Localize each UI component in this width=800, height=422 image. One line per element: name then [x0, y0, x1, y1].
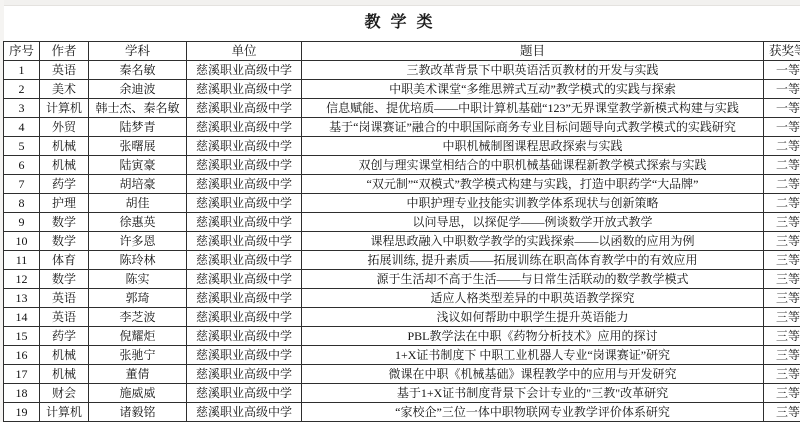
cell-title: 中职机械制图课程思政探索与实践 [302, 137, 764, 156]
cell-unit: 慈溪职业高级中学 [187, 365, 302, 384]
cell-award-level: 三等奖 [764, 403, 800, 422]
cell-unit: 慈溪职业高级中学 [187, 194, 302, 213]
cell-author: 计算机 [40, 99, 89, 118]
cell-author: 机械 [40, 137, 89, 156]
cell-author: 英语 [40, 61, 89, 80]
cell-subject: 倪耀炬 [89, 327, 187, 346]
cell-no: 7 [4, 175, 40, 194]
page-edge-top [0, 0, 800, 6]
cell-title: “家校企”三位一体中职物联网专业教学评价体系研究 [302, 403, 764, 422]
awards-table: 序号作者学科单位题目获奖等级 1英语秦名敏慈溪职业高级中学三教改革背景下中职英语… [3, 41, 800, 422]
cell-award-level: 三等奖 [764, 232, 800, 251]
cell-no: 6 [4, 156, 40, 175]
cell-subject: 秦名敏 [89, 61, 187, 80]
cell-title: 源于生活却不高于生活——与日常生活联动的数学教学模式 [302, 270, 764, 289]
column-header-title: 题目 [302, 42, 764, 61]
cell-title: 三教改革背景下中职英语活页教材的开发与实践 [302, 61, 764, 80]
cell-award-level: 三等奖 [764, 270, 800, 289]
cell-subject: 胡佳 [89, 194, 187, 213]
cell-no: 12 [4, 270, 40, 289]
cell-no: 14 [4, 308, 40, 327]
cell-no: 10 [4, 232, 40, 251]
cell-award-level: 三等奖 [764, 346, 800, 365]
cell-award-level: 二等奖 [764, 156, 800, 175]
table-row: 2美术余迪波慈溪职业高级中学中职美术课堂“多维思辨式互动”教学模式的实践与探索一… [4, 80, 800, 99]
cell-subject: 韩士杰、秦名敏 [89, 99, 187, 118]
cell-unit: 慈溪职业高级中学 [187, 346, 302, 365]
cell-author: 英语 [40, 289, 89, 308]
cell-award-level: 三等奖 [764, 251, 800, 270]
cell-award-level: 三等奖 [764, 289, 800, 308]
cell-award-level: 二等奖 [764, 175, 800, 194]
table-row: 8护理胡佳慈溪职业高级中学中职护理专业技能实训教学体系现状与创新策略二等奖 [4, 194, 800, 213]
cell-no: 8 [4, 194, 40, 213]
cell-author: 机械 [40, 346, 89, 365]
cell-title: 基于1+X证书制度背景下会计专业的"三教"改革研究 [302, 384, 764, 403]
cell-subject: 张驰宁 [89, 346, 187, 365]
cell-title: PBL教学法在中职《药物分析技术》应用的探讨 [302, 327, 764, 346]
cell-award-level: 一等奖 [764, 61, 800, 80]
cell-unit: 慈溪职业高级中学 [187, 80, 302, 99]
cell-subject: 郭琦 [89, 289, 187, 308]
column-header-unit: 单位 [187, 42, 302, 61]
cell-award-level: 三等奖 [764, 327, 800, 346]
table-row: 17机械董倩慈溪职业高级中学微课在中职《机械基础》课程教学中的应用与开发研究三等… [4, 365, 800, 384]
table-row: 18财会施威威慈溪职业高级中学基于1+X证书制度背景下会计专业的"三教"改革研究… [4, 384, 800, 403]
cell-award-level: 三等奖 [764, 384, 800, 403]
cell-author: 数学 [40, 270, 89, 289]
cell-subject: 陆寅豪 [89, 156, 187, 175]
cell-no: 9 [4, 213, 40, 232]
cell-no: 11 [4, 251, 40, 270]
cell-no: 3 [4, 99, 40, 118]
table-row: 13英语郭琦慈溪职业高级中学适应人格类型差异的中职英语教学探究三等奖 [4, 289, 800, 308]
cell-no: 16 [4, 346, 40, 365]
cell-no: 18 [4, 384, 40, 403]
table-row: 4外贸陆梦青慈溪职业高级中学基于“岗课赛证”融合的中职国际商务专业目标问题导向式… [4, 118, 800, 137]
cell-title: 浅议如何帮助中职学生提升英语能力 [302, 308, 764, 327]
table-row: 7药学胡培豪慈溪职业高级中学“双元制”“双模式”教学模式构建与实践，打造中职药学… [4, 175, 800, 194]
cell-subject: 余迪波 [89, 80, 187, 99]
table-header-row: 序号作者学科单位题目获奖等级 [4, 42, 800, 61]
cell-author: 机械 [40, 156, 89, 175]
table-body: 1英语秦名敏慈溪职业高级中学三教改革背景下中职英语活页教材的开发与实践一等奖2美… [4, 61, 800, 422]
cell-author: 护理 [40, 194, 89, 213]
cell-unit: 慈溪职业高级中学 [187, 99, 302, 118]
cell-subject: 许多恩 [89, 232, 187, 251]
cell-subject: 陆梦青 [89, 118, 187, 137]
cell-subject: 诸毅铭 [89, 403, 187, 422]
column-header-award-level: 获奖等级 [764, 42, 800, 61]
cell-no: 13 [4, 289, 40, 308]
cell-title: 信息赋能、提优培质——中职计算机基础“123”无界课堂教学新模式构建与实践 [302, 99, 764, 118]
cell-subject: 陈玲林 [89, 251, 187, 270]
cell-no: 4 [4, 118, 40, 137]
cell-subject: 施威威 [89, 384, 187, 403]
document-page: 教 学 类 序号作者学科单位题目获奖等级 1英语秦名敏慈溪职业高级中学三教改革背… [0, 0, 800, 422]
cell-award-level: 二等奖 [764, 194, 800, 213]
cell-author: 药学 [40, 327, 89, 346]
cell-unit: 慈溪职业高级中学 [187, 270, 302, 289]
cell-author: 体育 [40, 251, 89, 270]
table-row: 10数学许多恩慈溪职业高级中学课程思政融入中职数学教学的实践探索——以函数的应用… [4, 232, 800, 251]
cell-subject: 徐惠英 [89, 213, 187, 232]
table-row: 19计算机诸毅铭慈溪职业高级中学“家校企”三位一体中职物联网专业教学评价体系研究… [4, 403, 800, 422]
cell-author: 外贸 [40, 118, 89, 137]
cell-title: 中职护理专业技能实训教学体系现状与创新策略 [302, 194, 764, 213]
column-header-subject: 学科 [89, 42, 187, 61]
cell-author: 数学 [40, 213, 89, 232]
cell-award-level: 一等奖 [764, 118, 800, 137]
cell-unit: 慈溪职业高级中学 [187, 308, 302, 327]
cell-author: 财会 [40, 384, 89, 403]
cell-award-level: 三等奖 [764, 365, 800, 384]
column-header-no: 序号 [4, 42, 40, 61]
cell-subject: 张曙展 [89, 137, 187, 156]
cell-unit: 慈溪职业高级中学 [187, 289, 302, 308]
cell-award-level: 三等奖 [764, 213, 800, 232]
cell-unit: 慈溪职业高级中学 [187, 156, 302, 175]
table-head: 序号作者学科单位题目获奖等级 [4, 42, 800, 61]
cell-title: 中职美术课堂“多维思辨式互动”教学模式的实践与探索 [302, 80, 764, 99]
cell-no: 17 [4, 365, 40, 384]
table-row: 11体育陈玲林慈溪职业高级中学拓展训练, 提升素质——拓展训练在职高体育教学中的… [4, 251, 800, 270]
cell-subject: 陈实 [89, 270, 187, 289]
cell-subject: 董倩 [89, 365, 187, 384]
cell-title: 双创与理实课堂相结合的中职机械基础课程新教学模式探索与实践 [302, 156, 764, 175]
cell-award-level: 一等奖 [764, 80, 800, 99]
table-row: 1英语秦名敏慈溪职业高级中学三教改革背景下中职英语活页教材的开发与实践一等奖 [4, 61, 800, 80]
column-header-author: 作者 [40, 42, 89, 61]
cell-unit: 慈溪职业高级中学 [187, 251, 302, 270]
cell-no: 19 [4, 403, 40, 422]
table-row: 16机械张驰宁慈溪职业高级中学1+X证书制度下 中职工业机器人专业“岗课赛证”研… [4, 346, 800, 365]
table-row: 9数学徐惠英慈溪职业高级中学以问导思，以探促学——例谈数学开放式教学三等奖 [4, 213, 800, 232]
cell-title: 以问导思，以探促学——例谈数学开放式教学 [302, 213, 764, 232]
cell-author: 机械 [40, 365, 89, 384]
table-row: 14英语李芝波慈溪职业高级中学浅议如何帮助中职学生提升英语能力三等奖 [4, 308, 800, 327]
cell-title: “双元制”“双模式”教学模式构建与实践，打造中职药学“大品牌” [302, 175, 764, 194]
cell-subject: 胡培豪 [89, 175, 187, 194]
cell-subject: 李芝波 [89, 308, 187, 327]
page-title: 教 学 类 [0, 9, 800, 32]
cell-title: 适应人格类型差异的中职英语教学探究 [302, 289, 764, 308]
cell-author: 英语 [40, 308, 89, 327]
cell-author: 药学 [40, 175, 89, 194]
cell-unit: 慈溪职业高级中学 [187, 61, 302, 80]
cell-no: 2 [4, 80, 40, 99]
cell-title: 微课在中职《机械基础》课程教学中的应用与开发研究 [302, 365, 764, 384]
cell-author: 美术 [40, 80, 89, 99]
cell-title: 拓展训练, 提升素质——拓展训练在职高体育教学中的有效应用 [302, 251, 764, 270]
table-row: 5机械张曙展慈溪职业高级中学中职机械制图课程思政探索与实践二等奖 [4, 137, 800, 156]
table-row: 15药学倪耀炬慈溪职业高级中学PBL教学法在中职《药物分析技术》应用的探讨三等奖 [4, 327, 800, 346]
cell-title: 1+X证书制度下 中职工业机器人专业“岗课赛证”研究 [302, 346, 764, 365]
cell-unit: 慈溪职业高级中学 [187, 175, 302, 194]
cell-unit: 慈溪职业高级中学 [187, 403, 302, 422]
cell-unit: 慈溪职业高级中学 [187, 232, 302, 251]
cell-no: 5 [4, 137, 40, 156]
table-row: 12数学陈实慈溪职业高级中学源于生活却不高于生活——与日常生活联动的数学教学模式… [4, 270, 800, 289]
cell-author: 数学 [40, 232, 89, 251]
cell-no: 1 [4, 61, 40, 80]
cell-title: 基于“岗课赛证”融合的中职国际商务专业目标问题导向式教学模式的实践研究 [302, 118, 764, 137]
table-row: 3计算机韩士杰、秦名敏慈溪职业高级中学信息赋能、提优培质——中职计算机基础“12… [4, 99, 800, 118]
cell-author: 计算机 [40, 403, 89, 422]
cell-award-level: 二等奖 [764, 137, 800, 156]
table-row: 6机械陆寅豪慈溪职业高级中学双创与理实课堂相结合的中职机械基础课程新教学模式探索… [4, 156, 800, 175]
cell-unit: 慈溪职业高级中学 [187, 118, 302, 137]
cell-award-level: 一等奖 [764, 99, 800, 118]
cell-unit: 慈溪职业高级中学 [187, 384, 302, 403]
cell-unit: 慈溪职业高级中学 [187, 137, 302, 156]
cell-unit: 慈溪职业高级中学 [187, 213, 302, 232]
cell-title: 课程思政融入中职数学教学的实践探索——以函数的应用为例 [302, 232, 764, 251]
cell-award-level: 三等奖 [764, 308, 800, 327]
cell-unit: 慈溪职业高级中学 [187, 327, 302, 346]
cell-no: 15 [4, 327, 40, 346]
